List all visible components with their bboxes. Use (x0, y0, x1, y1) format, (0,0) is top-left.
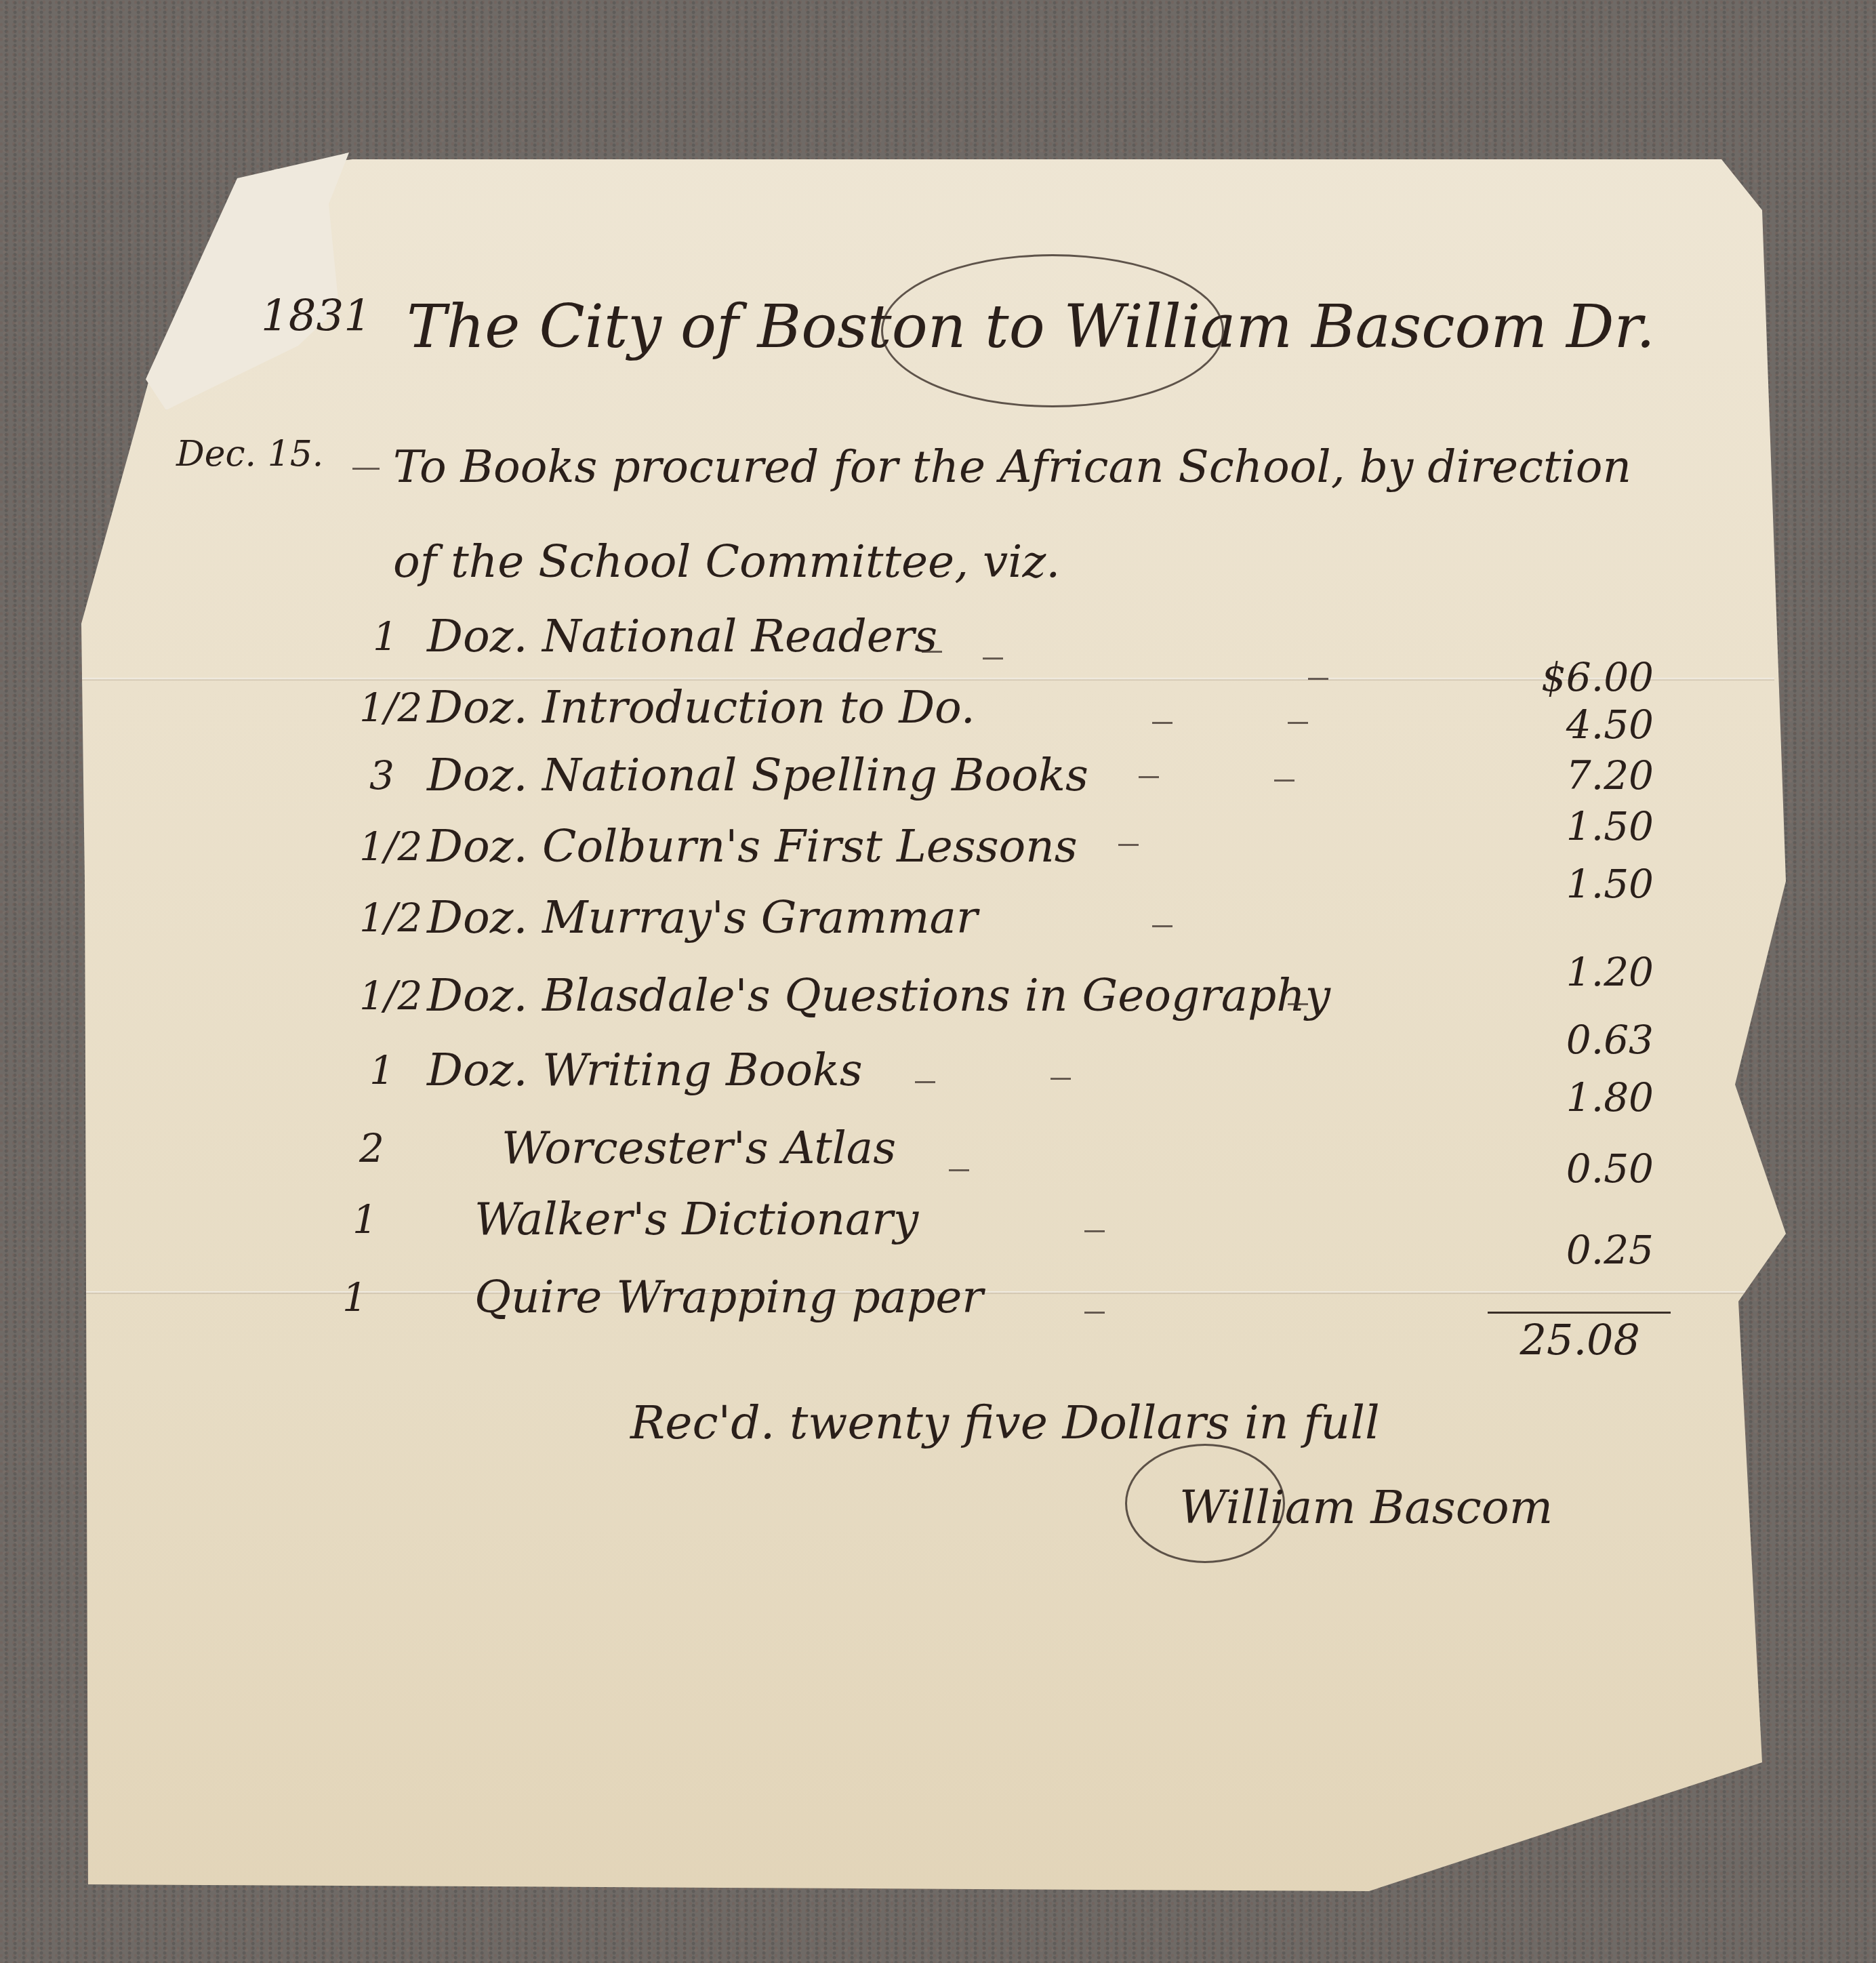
item-unit: Doz. (427, 610, 527, 662)
item-unit: Doz. (427, 969, 527, 1021)
item-unit: Doz. (427, 820, 527, 872)
leader-dash (983, 657, 1003, 660)
item-unit: Doz. (427, 681, 527, 733)
leader-dash (1084, 1312, 1105, 1314)
dash (352, 468, 380, 470)
item-qty: 1 (369, 1047, 394, 1093)
total-rule (1488, 1312, 1671, 1314)
item-description: Writing Books (542, 1044, 863, 1096)
item-qty: 1/2 (359, 973, 422, 1019)
item-amount: 4.50 (1505, 702, 1654, 748)
receipt-line: Rec'd. twenty five Dollars in full (630, 1396, 1380, 1450)
leader-dash (1084, 1230, 1105, 1232)
leader-dash (949, 1169, 969, 1171)
item-description: Worcester's Atlas (502, 1122, 896, 1174)
item-amount: 1.80 (1505, 1074, 1654, 1120)
item-qty: 1 (352, 1196, 378, 1242)
leader-dash (1274, 780, 1294, 782)
item-description: Walker's Dictionary (474, 1193, 918, 1245)
leader-dash (922, 651, 942, 653)
item-qty: 1/2 (359, 895, 422, 941)
item-description: National Spelling Books (542, 749, 1088, 801)
document-year: 1831 (261, 291, 371, 342)
leader-dash (1118, 844, 1139, 846)
leader-dash (915, 1081, 935, 1083)
item-unit: Doz. (427, 749, 527, 801)
leader-dash (1051, 1078, 1071, 1080)
item-qty: 1/2 (359, 685, 422, 731)
leader-dash (1288, 722, 1308, 724)
item-qty: 1 (373, 613, 398, 660)
item-description: National Readers (542, 610, 937, 662)
item-amount: 1.20 (1505, 949, 1654, 995)
item-amount: $6.00 (1505, 654, 1654, 700)
item-amount: 0.25 (1505, 1227, 1654, 1273)
intro-line-1: To Books procured for the African School… (393, 441, 1631, 493)
leader-dash (1139, 776, 1159, 778)
entry-date: Dec. 15. (176, 434, 323, 474)
leader-dash (1288, 1003, 1308, 1005)
item-amount: 1.50 (1505, 861, 1654, 907)
item-qty: 1 (342, 1274, 367, 1320)
item-description: Murray's Grammar (542, 891, 978, 944)
item-description: Colburn's First Lessons (542, 820, 1078, 872)
leader-dash (1152, 722, 1172, 724)
item-description: Introduction to Do. (542, 681, 975, 733)
item-qty: 2 (359, 1125, 384, 1171)
item-unit: Doz. (427, 891, 527, 944)
heading-flourish (881, 254, 1224, 407)
item-unit: Doz. (427, 1044, 527, 1096)
item-description: Quire Wrapping paper (474, 1271, 983, 1323)
item-qty: 3 (369, 752, 394, 798)
leader-dash (1152, 925, 1172, 927)
item-qty: 1/2 (359, 824, 422, 870)
total-amount: 25.08 (1491, 1315, 1640, 1364)
item-amount: 0.63 (1505, 1017, 1654, 1063)
item-description: Blasdale's Questions in Geography (542, 969, 1330, 1021)
item-amount: 1.50 (1505, 803, 1654, 849)
item-amount: 0.50 (1505, 1146, 1654, 1192)
item-amount: 7.20 (1505, 752, 1654, 798)
leader-dash (1308, 678, 1328, 680)
signature: William Bascom (1179, 1481, 1553, 1535)
intro-line-2: of the School Committee, viz. (393, 535, 1060, 588)
